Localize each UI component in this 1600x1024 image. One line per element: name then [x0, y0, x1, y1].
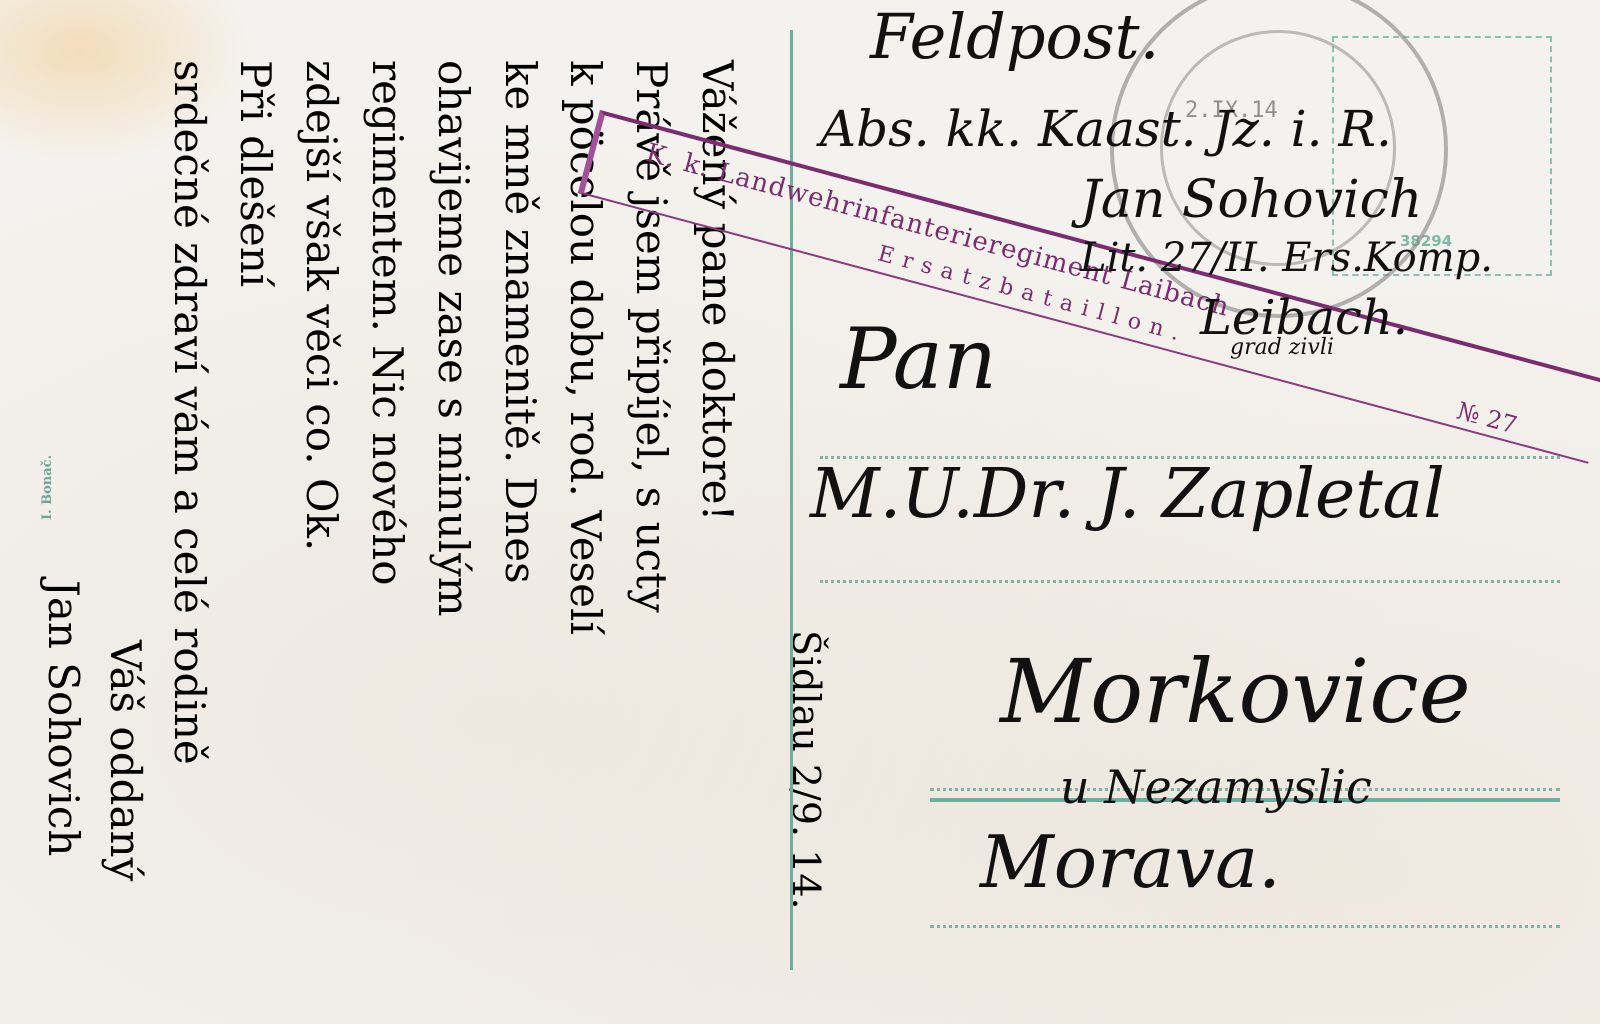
message-line: zdejší však věci co. Ok. — [297, 60, 346, 551]
message-signature: Jan Sohovich — [39, 580, 88, 856]
message-line: regimentem. Nic nového — [363, 60, 412, 586]
message-line: ohavijeme zase s minulým — [429, 60, 478, 617]
address-line — [820, 580, 1560, 583]
sender-line: Lit. 27/II. Ers.Komp. — [1080, 235, 1493, 281]
message-line: ke mně znamenitě. Dnes — [496, 60, 545, 584]
sender-line: Abs. kk. Kaast. Jz. i. R. — [820, 100, 1392, 158]
feldpost-header: Feldpost. — [870, 0, 1159, 73]
postcard-back: I. Bonač. Šidlau 2/9. 14. Vážený pane do… — [0, 0, 1600, 1024]
recipient-region: Morava. — [980, 820, 1281, 904]
military-stamp-number: № 27 — [1454, 397, 1520, 440]
sender-line: grad zivli — [1230, 335, 1334, 360]
recipient-town: Morkovice — [1000, 640, 1471, 743]
address-line — [930, 925, 1560, 928]
recipient-district: u Nezamyslic — [1060, 760, 1372, 814]
message-line: srdečné zdraví vám a celé rodině — [165, 60, 214, 765]
message-line: Při dlešení — [231, 60, 280, 287]
message-line: Váš oddaný — [101, 640, 150, 881]
publisher-imprint: I. Bonač. — [40, 455, 55, 520]
recipient-name: M.U.Dr. J. Zapletal — [810, 455, 1445, 534]
greeting: Pan — [840, 310, 997, 408]
message-line: Vážený pane doktore! — [693, 60, 742, 521]
sender-name: Jan Sohovich — [1080, 170, 1422, 230]
